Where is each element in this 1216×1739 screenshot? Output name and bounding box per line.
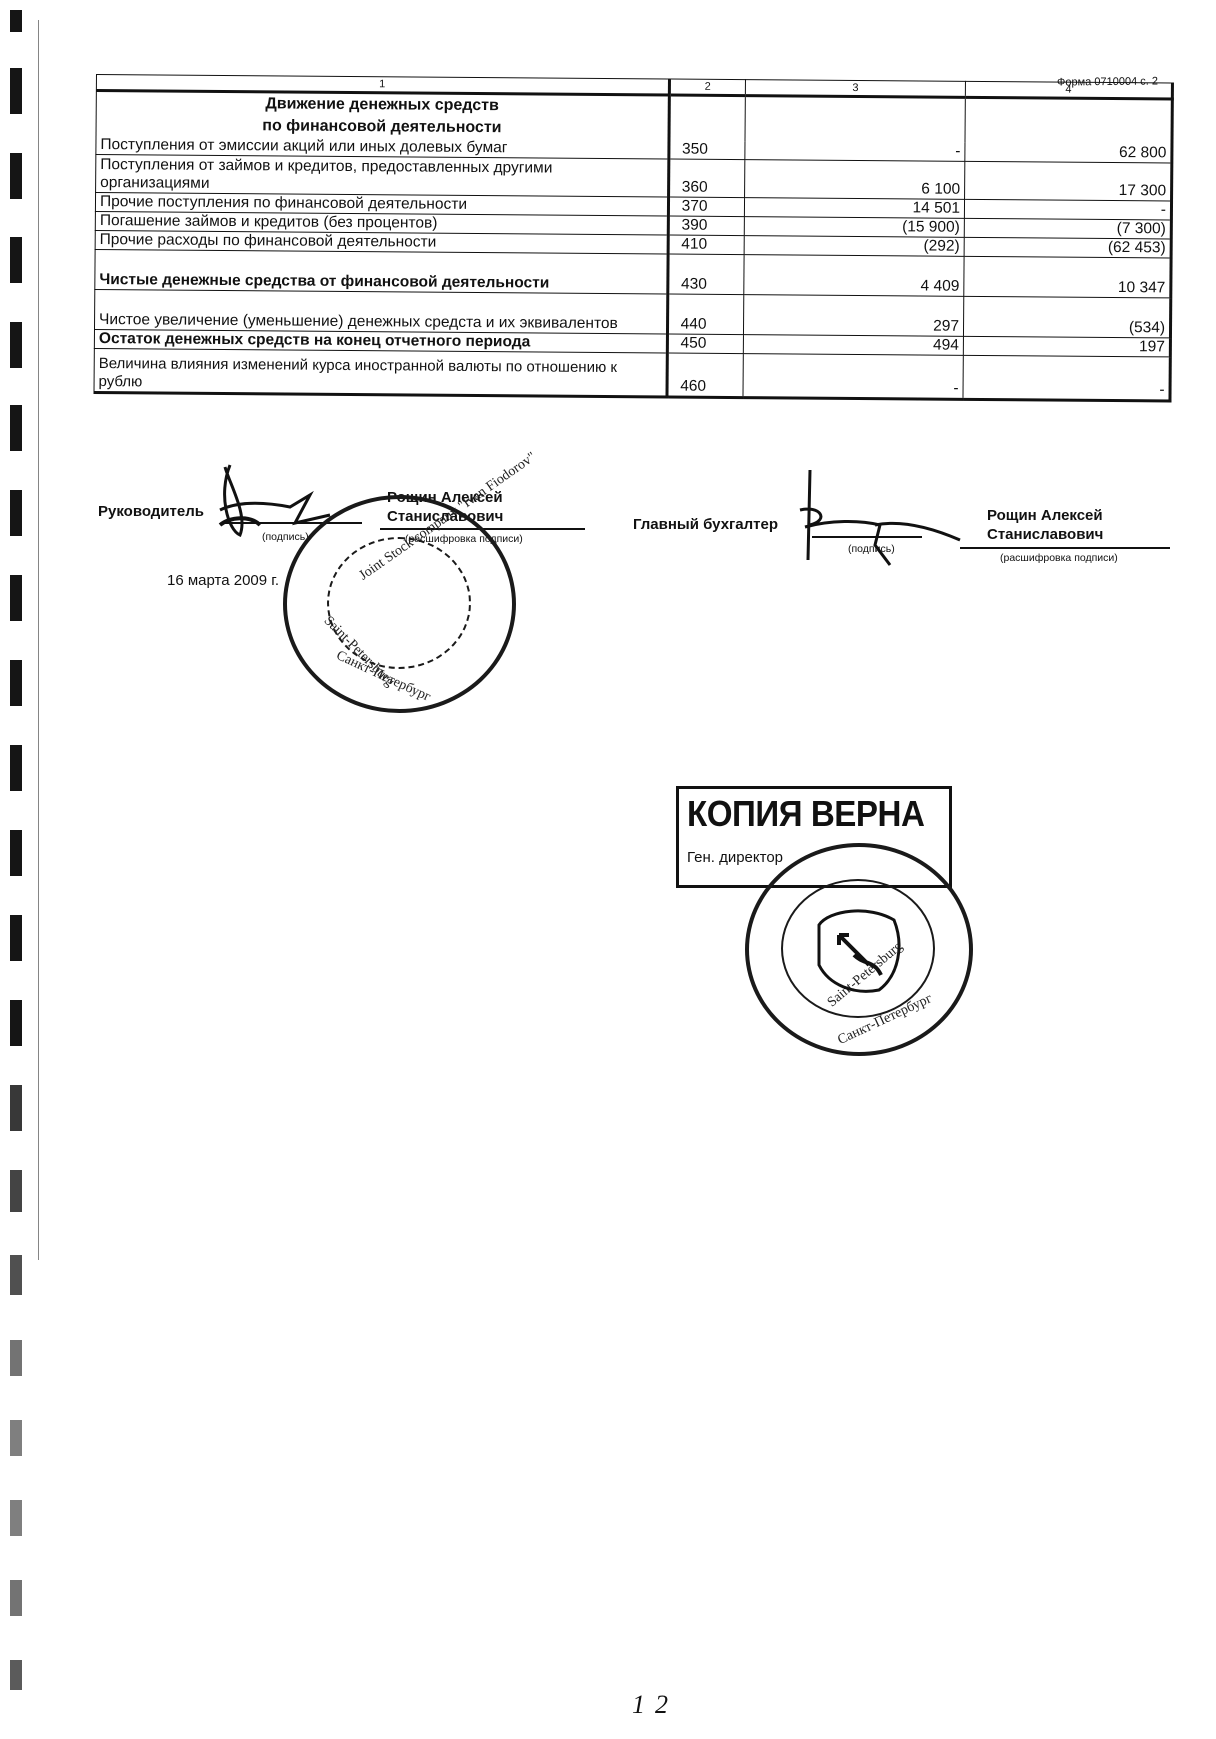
head-role: Руководитель (98, 503, 204, 520)
table-cell-col3: 4 409 (744, 255, 964, 297)
company-seal-2: Saint-Petersburg Санкт-Петербург (745, 843, 973, 1056)
table-cell-code: 450 (667, 334, 743, 354)
head-signature-label: Руководитель (98, 503, 204, 520)
binding-marks (10, 0, 24, 1739)
table-cell-col4: 197 (963, 336, 1170, 357)
column-header-3: 3 (745, 80, 965, 98)
column-header-2: 2 (669, 79, 745, 96)
table-cell-col4: (62 453) (964, 237, 1171, 258)
accountant-name-line1: Рощин Алексей (987, 506, 1103, 525)
table-cell-col3: 6 100 (745, 160, 965, 200)
table-cell-col4: 10 347 (964, 256, 1171, 298)
table-cell-code: 460 (667, 353, 744, 398)
table-cell-col4: 17 300 (965, 161, 1172, 201)
report-date: 16 марта 2009 г. (167, 572, 279, 589)
table-cell-col4: (7 300) (964, 218, 1171, 239)
page-number: 12 (632, 1690, 678, 1720)
table-cell-code: 350 (669, 95, 746, 160)
table-cell-col3: 494 (743, 335, 963, 356)
table-cell-col3: (292) (744, 236, 964, 257)
accountant-signature-scribble (790, 465, 970, 575)
table-cell-label: Чистое увеличение (уменьшение) денежных … (94, 289, 667, 333)
copy-certified-title: КОПИЯ ВЕРНА (687, 793, 924, 835)
accountant-name: Рощин Алексей Станиславович (987, 506, 1103, 544)
table-cell-code: 440 (667, 294, 744, 335)
accountant-role: Главный бухгалтер (633, 516, 778, 533)
table-cell-col3: (15 900) (744, 217, 964, 238)
table-cell-code: 430 (667, 254, 744, 295)
table-cell-col4: (534) (963, 296, 1170, 338)
table-cell-code: 390 (668, 216, 744, 236)
copy-certified-subtitle: Ген. директор (687, 849, 783, 866)
table-cell-col3: - (743, 354, 963, 400)
table-cell-col4: - (963, 355, 1170, 401)
table-cell-label: Поступления от займов и кредитов, предос… (96, 155, 669, 197)
accountant-name-caption: (расшифровка подписи) (1000, 552, 1118, 564)
accountant-signature-label: Главный бухгалтер (633, 516, 778, 533)
accountant-name-line (960, 547, 1170, 549)
table-cell-code: 410 (668, 235, 744, 255)
seal-emblem-icon (809, 905, 909, 995)
table-cell-col3: 14 501 (744, 198, 964, 219)
table-cell-col3: - (745, 96, 966, 162)
table-cell-label: Величина влияния изменений курса иностра… (94, 348, 667, 396)
table-cell-col3: 297 (743, 295, 963, 337)
table-row: Величина влияния изменений курса иностра… (94, 348, 1170, 400)
column-header-4: 4 (965, 81, 1172, 99)
section-title: Движение денежных средств по финансовой … (96, 91, 669, 141)
table-cell-code: 370 (668, 197, 744, 217)
table-cell-label: Чистые денежные средства от финансовой д… (95, 249, 668, 293)
table-cell-col4: - (964, 199, 1171, 220)
accountant-name-line2: Станиславович (987, 525, 1103, 544)
table-cell-col4: 62 800 (965, 97, 1172, 163)
table-cell-code: 360 (668, 159, 745, 198)
cash-flow-table: 1 2 3 4 Движение денежных средств по фин… (93, 74, 1173, 402)
company-seal: Joint Stock company "Ivan Fiodorov" Sain… (283, 495, 516, 713)
